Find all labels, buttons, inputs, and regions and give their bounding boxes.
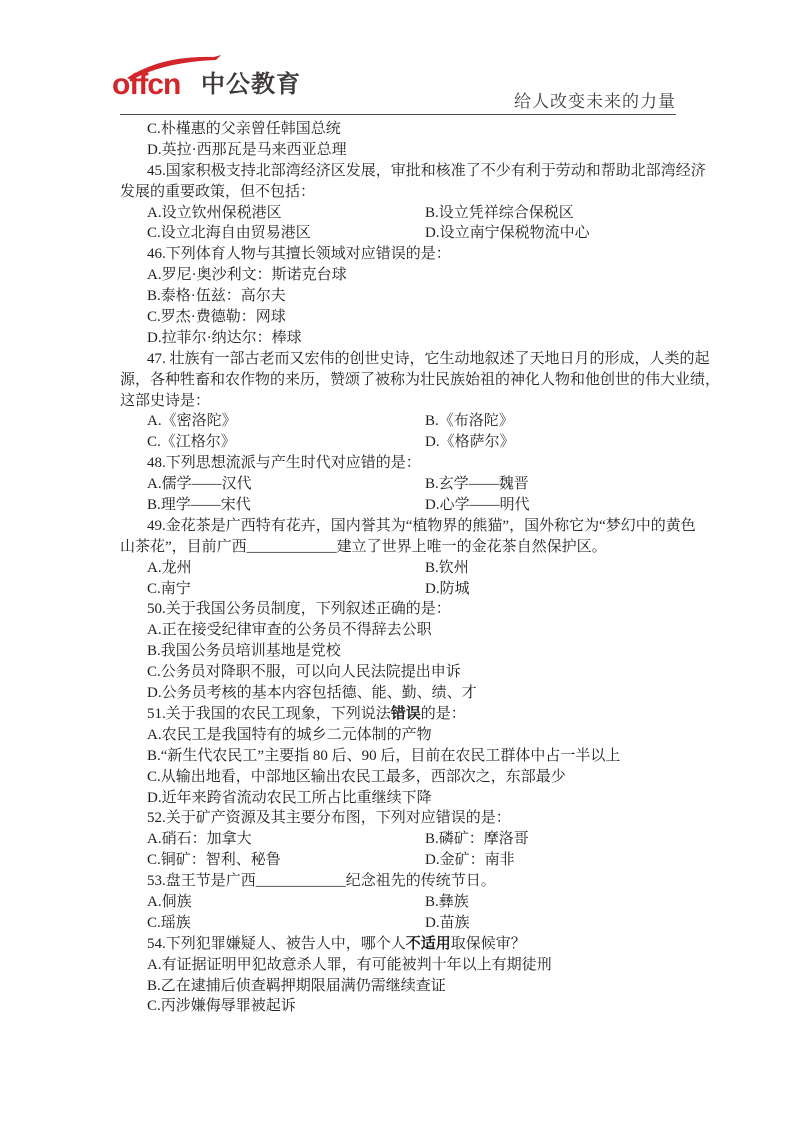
- q51-option-d: D.近年来跨省流动农民工所占比重继续下降: [120, 788, 680, 809]
- q49-options-row2: C.南宁 D.防城: [120, 579, 680, 600]
- pre-option-c: C.朴槿惠的父亲曾任韩国总统: [120, 119, 680, 140]
- q53-stem: 53.盘王节是广西____________纪念祖先的传统节日。: [120, 871, 680, 892]
- q47-option-d: D.《格萨尔》: [425, 432, 515, 453]
- q48-option-a: A.儒学——汉代: [120, 474, 425, 495]
- pre-option-d: D.英拉·西那瓦是马来西亚总理: [120, 140, 680, 161]
- q47-stem-line2: 源，各种牲畜和农作物的来历，赞颂了被称为壮民族始祖的神化人物和他创世的伟大业绩，: [120, 370, 680, 391]
- q54-option-c: C.丙涉嫌侮辱罪被起诉: [120, 996, 680, 1017]
- q52-option-b: B.磷矿：摩洛哥: [425, 829, 529, 850]
- q46-stem: 46.下列体育人物与其擅长领域对应错误的是：: [120, 244, 680, 265]
- q49-option-c: C.南宁: [120, 579, 425, 600]
- q45-stem-line2: 发展的重要政策，但不包括：: [120, 182, 680, 203]
- q52-stem: 52.关于矿产资源及其主要分布图，下列对应错误的是：: [120, 808, 680, 829]
- q48-options-row1: A.儒学——汉代 B.玄学——魏晋: [120, 474, 680, 495]
- q51-option-a: A.农民工是我国特有的城乡二元体制的产物: [120, 725, 680, 746]
- q47-stem-line1: 47. 壮族有一部古老而又宏伟的创世史诗，它生动地叙述了天地日月的形成，人类的起: [120, 349, 680, 370]
- q49-option-a: A.龙州: [120, 558, 425, 579]
- q51-option-c: C.从输出地看，中部地区输出农民工最多，西部次之，东部最少: [120, 767, 680, 788]
- q48-option-c: B.理学——宋代: [120, 495, 425, 516]
- q47-options-row2: C.《江格尔》 D.《格萨尔》: [120, 432, 680, 453]
- q45-option-b: B.设立凭祥综合保税区: [425, 203, 574, 224]
- q46-option-a: A.罗尼·奥沙利文：斯诺克台球: [120, 265, 680, 286]
- q46-option-b: B.泰格·伍兹：高尔夫: [120, 286, 680, 307]
- q53-options-row2: C.瑶族 D.苗族: [120, 913, 680, 934]
- q53-options-row1: A.侗族 B.彝族: [120, 892, 680, 913]
- header-divider: [120, 114, 676, 115]
- q50-option-d: D.公务员考核的基本内容包括德、能、勤、绩、才: [120, 683, 680, 704]
- q50-option-b: B.我国公务员培训基地是党校: [120, 641, 680, 662]
- q49-stem-line1: 49.金花茶是广西特有花卉，国内誉其为“植物界的熊猫”，国外称它为“梦幻中的黄色: [120, 516, 680, 537]
- q48-stem: 48.下列思想流派与产生时代对应错的是：: [120, 453, 680, 474]
- tagline: 给人改变未来的力量: [514, 92, 676, 112]
- q45-options-row1: A.设立钦州保税港区 B.设立凭祥综合保税区: [120, 203, 680, 224]
- q51-stem-bold: 错误: [391, 706, 421, 722]
- q45-option-a: A.设立钦州保税港区: [120, 203, 425, 224]
- q54-stem: 54.下列犯罪嫌疑人、被告人中，哪个人不适用取保候审？: [120, 934, 680, 955]
- q45-stem-line1: 45.国家积极支持北部湾经济区发展，审批和核准了不少有利于劳动和帮助北部湾经济: [120, 161, 680, 182]
- q49-options-row1: A.龙州 B.钦州: [120, 558, 680, 579]
- q47-option-b: B.《布洛陀》: [425, 411, 514, 432]
- q46-option-c: C.罗杰·费德勒：网球: [120, 307, 680, 328]
- q50-option-a: A.正在接受纪律审查的公务员不得辞去公职: [120, 620, 680, 641]
- q51-option-b: B.“新生代农民工”主要指 80 后、90 后，目前在农民工群体中占一半以上: [120, 746, 680, 767]
- q48-option-d: D.心学——明代: [425, 495, 530, 516]
- exam-body: C.朴槿惠的父亲曾任韩国总统 D.英拉·西那瓦是马来西亚总理 45.国家积极支持…: [120, 119, 680, 1017]
- q47-option-a: A.《密洛陀》: [120, 411, 425, 432]
- q52-options-row1: A.硝石：加拿大 B.磷矿：摩洛哥: [120, 829, 680, 850]
- q52-option-d: D.金矿：南非: [425, 850, 515, 871]
- q47-options-row1: A.《密洛陀》 B.《布洛陀》: [120, 411, 680, 432]
- q52-option-a: A.硝石：加拿大: [120, 829, 425, 850]
- q49-option-b: B.钦州: [425, 558, 469, 579]
- offcn-logo-cn: 中公教育: [201, 73, 301, 97]
- offcn-logo-text: offcn: [112, 70, 180, 100]
- q54-stem-post: 取保候审？: [451, 936, 526, 952]
- q49-option-d: D.防城: [425, 579, 470, 600]
- q47-stem-line3: 这部史诗是：: [120, 391, 680, 412]
- q53-option-d: D.苗族: [425, 913, 470, 934]
- q54-option-b: B.乙在逮捕后侦查羁押期限届满仍需继续查证: [120, 976, 680, 997]
- q45-options-row2: C.设立北海自由贸易港区 D.设立南宁保税物流中心: [120, 223, 680, 244]
- q51-stem-post: 的是：: [421, 706, 466, 722]
- document-page: offcn 中公教育 给人改变未来的力量 C.朴槿惠的父亲曾任韩国总统 D.英拉…: [0, 0, 793, 1122]
- q48-options-row2: B.理学——宋代 D.心学——明代: [120, 495, 680, 516]
- q54-stem-bold: 不适用: [406, 936, 451, 952]
- q49-stem-line2: 山茶花”，目前广西____________建立了世界上唯一的金花茶自然保护区。: [120, 537, 680, 558]
- q47-option-c: C.《江格尔》: [120, 432, 425, 453]
- q45-option-c: C.设立北海自由贸易港区: [120, 223, 425, 244]
- q50-stem: 50.关于我国公务员制度，下列叙述正确的是：: [120, 599, 680, 620]
- q53-option-a: A.侗族: [120, 892, 425, 913]
- q48-option-b: B.玄学——魏晋: [425, 474, 529, 495]
- q51-stem: 51.关于我国的农民工现象，下列说法错误的是：: [120, 704, 680, 725]
- q46-option-d: D.拉菲尔·纳达尔：棒球: [120, 328, 680, 349]
- q51-stem-pre: 51.关于我国的农民工现象，下列说法: [147, 706, 391, 722]
- q52-options-row2: C.铜矿：智利、秘鲁 D.金矿：南非: [120, 850, 680, 871]
- q54-option-a: A.有证据证明甲犯故意杀人罪，有可能被判十年以上有期徒刑: [120, 955, 680, 976]
- q45-option-d: D.设立南宁保税物流中心: [425, 223, 590, 244]
- q50-option-c: C.公务员对降职不服，可以向人民法院提出申诉: [120, 662, 680, 683]
- q54-stem-pre: 54.下列犯罪嫌疑人、被告人中，哪个人: [147, 936, 406, 952]
- q53-option-b: B.彝族: [425, 892, 469, 913]
- q53-option-c: C.瑶族: [120, 913, 425, 934]
- q52-option-c: C.铜矿：智利、秘鲁: [120, 850, 425, 871]
